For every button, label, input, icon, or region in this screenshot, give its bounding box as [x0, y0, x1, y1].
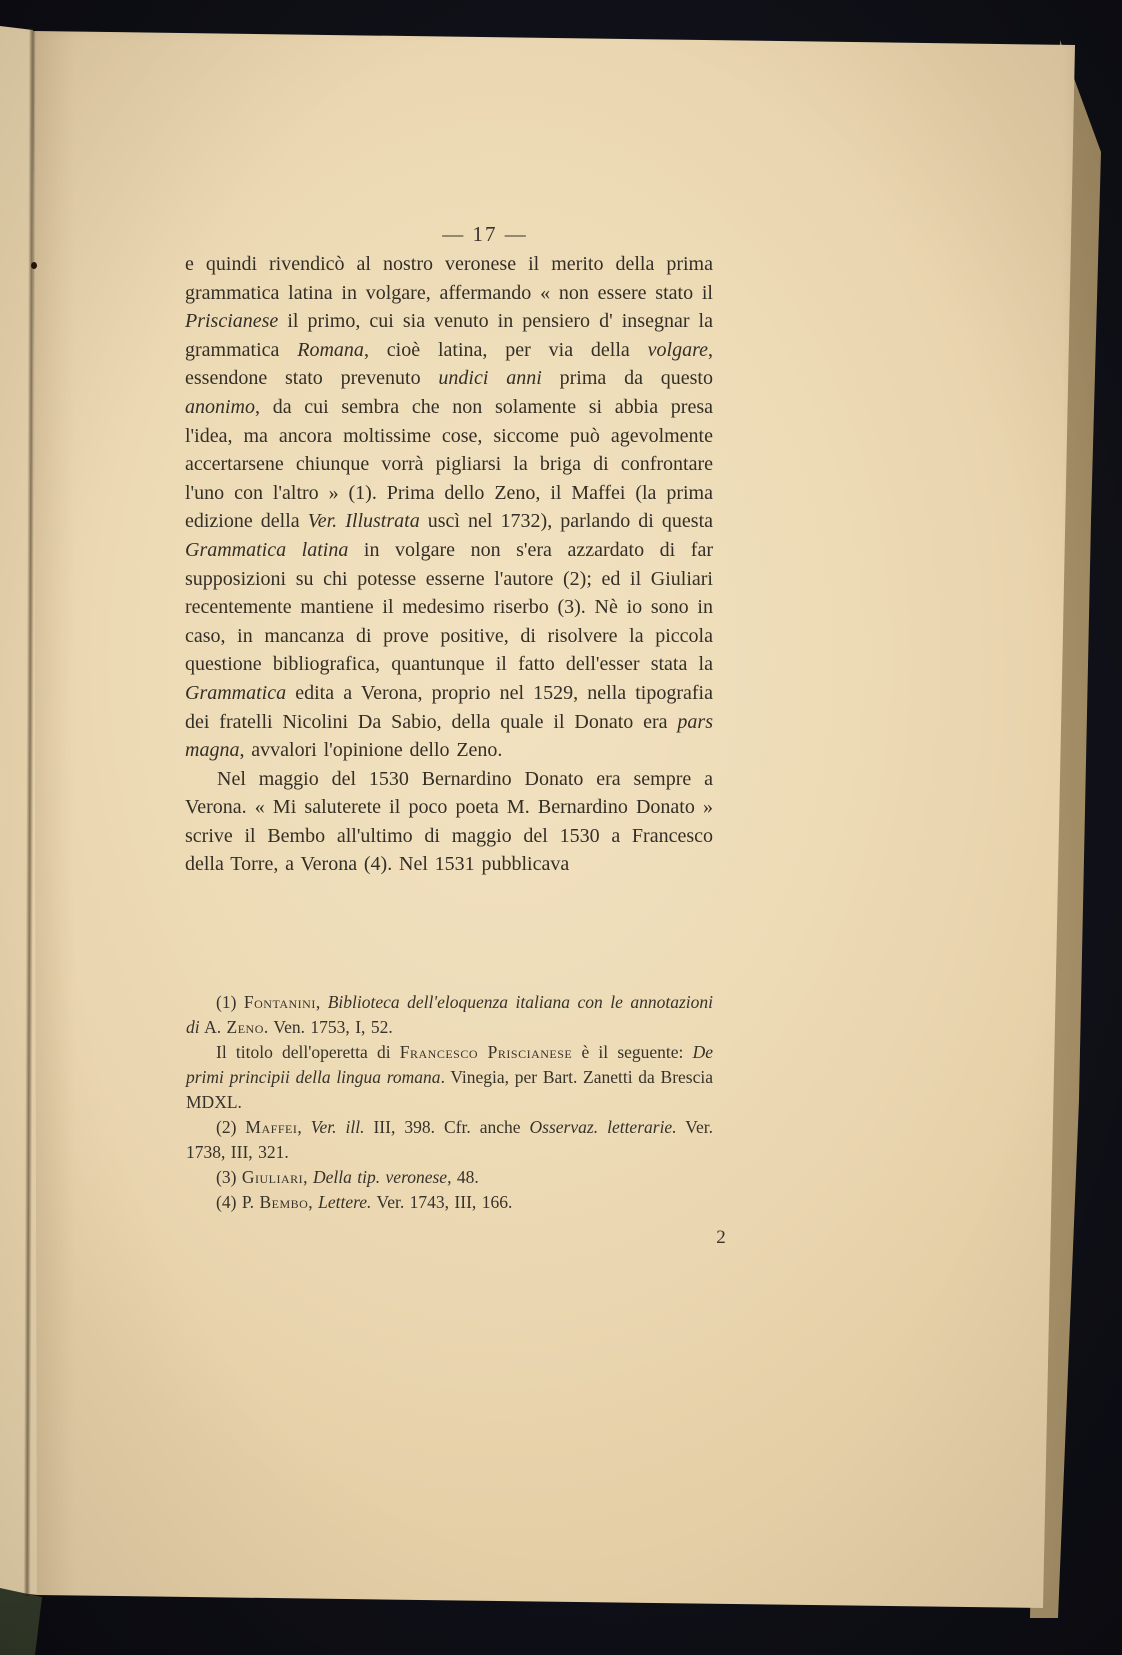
text-run: prima da questo: [542, 367, 713, 389]
italic-text: Romana: [297, 339, 364, 361]
text-run: è il seguente:: [572, 1042, 692, 1062]
smallcaps-name: Maffei: [245, 1117, 297, 1137]
text-run: Il titolo dell'operetta di: [216, 1042, 400, 1062]
italic-text: Grammatica: [185, 682, 286, 704]
smallcaps-name: Francesco Priscianese: [400, 1042, 573, 1062]
italic-text: Osservaz. letterarie.: [530, 1117, 677, 1137]
text-run: Ver. 1743, III, 166.: [371, 1192, 512, 1212]
italic-text: Della tip. veronese,: [313, 1167, 452, 1187]
text-run: (1): [216, 992, 244, 1012]
text-run: uscì nel 1732), parlando di questa: [420, 510, 713, 532]
footnote: (1) Fontanini, Biblioteca dell'eloquenza…: [186, 990, 713, 1040]
footnote: Il titolo dell'operetta di Francesco Pri…: [186, 1040, 713, 1115]
text-run: , avvalori l'opinione dello Zeno.: [239, 739, 502, 761]
body-text: e quindi rivendicò al nostro veronese il…: [185, 250, 713, 879]
footnotes: (1) Fontanini, Biblioteca dell'eloquenza…: [186, 990, 713, 1215]
text-run: ,: [316, 992, 328, 1012]
footnote: (2) Maffei, Ver. ill. III, 398. Cfr. anc…: [186, 1115, 713, 1165]
text-run: Nel maggio del 1530 Bernardino Donato er…: [185, 768, 713, 876]
italic-text: anonimo: [185, 396, 255, 418]
italic-text: Ver. Illustrata: [308, 510, 420, 532]
paragraph: Nel maggio del 1530 Bernardino Donato er…: [185, 765, 713, 879]
italic-text: undici anni: [438, 367, 541, 389]
smallcaps-name: Fontanini: [244, 992, 316, 1012]
italic-text: Priscianese: [185, 310, 278, 332]
footnote: (4) P. Bembo, Lettere. Ver. 1743, III, 1…: [186, 1190, 713, 1215]
page-content: — 17 — e quindi rivendicò al nostro vero…: [0, 0, 1122, 1655]
text-run: . Ven. 1753, I, 52.: [264, 1017, 393, 1037]
italic-text: Lettere.: [318, 1192, 371, 1212]
paragraph: e quindi rivendicò al nostro veronese il…: [185, 250, 713, 765]
text-run: (4) P.: [216, 1192, 259, 1212]
text-run: ,: [308, 1192, 318, 1212]
text-run: , cioè latina, per via della: [364, 339, 648, 361]
text-run: e quindi rivendicò al nostro veronese il…: [185, 253, 713, 304]
smallcaps-name: Bembo: [259, 1192, 308, 1212]
page-number-header: — 17 —: [221, 222, 749, 247]
smallcaps-name: Giuliari: [242, 1167, 303, 1187]
smallcaps-name: Zeno: [227, 1017, 264, 1037]
text-run: ,: [303, 1167, 313, 1187]
text-run: (2): [216, 1117, 245, 1137]
italic-text: volgare: [648, 339, 708, 361]
text-run: (3): [216, 1167, 242, 1187]
text-run: 48.: [451, 1167, 478, 1187]
text-run: ,: [297, 1117, 310, 1137]
signature-mark: 2: [701, 1227, 741, 1249]
italic-text: Ver. ill.: [311, 1117, 365, 1137]
footnote: (3) Giuliari, Della tip. veronese, 48.: [186, 1165, 713, 1190]
italic-text: Grammatica latina: [185, 539, 348, 561]
text-run: III, 398. Cfr. anche: [364, 1117, 529, 1137]
book-scan-photo: — 17 — e quindi rivendicò al nostro vero…: [0, 0, 1122, 1655]
text-run: A.: [200, 1017, 227, 1037]
